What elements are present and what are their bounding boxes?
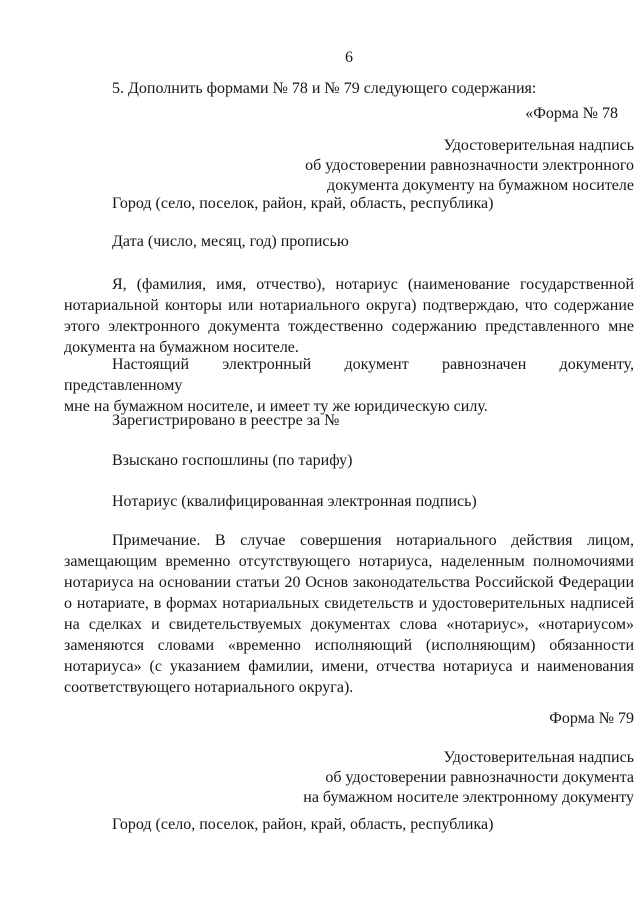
intro-line: 5. Дополнить формами № 78 и № 79 следующ… [64, 78, 634, 99]
paragraph-line: Настоящий электронный документ равнознач… [64, 354, 634, 396]
paragraph-line: нотариальной конторы или нотариального о… [64, 295, 634, 316]
form78-title-line: Удостоверительная надпись [64, 136, 634, 156]
form78-note-paragraph: Примечание. В случае совершения нотариал… [64, 530, 634, 698]
note-line: на сделках и свидетельствуемых документа… [64, 614, 634, 635]
form79-title-line: об удостоверении равнозначности документ… [64, 768, 634, 788]
form78-label: «Форма № 78 [64, 103, 634, 124]
form78-city-line: Город (село, поселок, район, край, облас… [64, 193, 634, 214]
note-line: соответствующего нотариального округа). [64, 677, 634, 698]
form79-label: Форма № 79 [64, 708, 634, 729]
document-page: 6 5. Дополнить формами № 78 и № 79 следу… [0, 0, 640, 905]
form79-title-line: на бумажном носителе электронному докуме… [64, 788, 634, 808]
form79-title-line: Удостоверительная надпись [64, 748, 634, 768]
form78-paragraph-equivalence: Настоящий электронный документ равнознач… [64, 354, 634, 417]
form78-title-line: об удостоверении равнозначности электрон… [64, 156, 634, 176]
form79-city-line: Город (село, поселок, район, край, облас… [64, 814, 634, 835]
paragraph-line: этого электронного документа тождественн… [64, 316, 634, 337]
note-line: нотариуса» (с указанием фамилии, имени, … [64, 656, 634, 677]
form78-date-line: Дата (число, месяц, год) прописью [64, 231, 634, 252]
form79-title: Удостоверительная надпись об удостоверен… [64, 748, 634, 808]
form78-paragraph-attestation: Я, (фамилия, имя, отчество), нотариус (н… [64, 274, 634, 358]
note-line: Примечание. В случае совершения нотариал… [64, 530, 634, 551]
note-line: замещающим временно отсутствующего нотар… [64, 551, 634, 572]
note-line: о нотариате, в формах нотариальных свиде… [64, 593, 634, 614]
form78-title: Удостоверительная надпись об удостоверен… [64, 136, 634, 196]
paragraph-line: Я, (фамилия, имя, отчество), нотариус (н… [64, 274, 634, 295]
form78-registry-line: Зарегистрировано в реестре за № [64, 410, 634, 431]
note-line: заменяются словами «временно исполняющий… [64, 635, 634, 656]
note-line: нотариуса на основании статьи 20 Основ з… [64, 572, 634, 593]
form78-fee-line: Взыскано госпошлины (по тарифу) [64, 450, 634, 471]
form78-notary-line: Нотариус (квалифицированная электронная … [64, 491, 634, 512]
page-number: 6 [64, 47, 634, 68]
